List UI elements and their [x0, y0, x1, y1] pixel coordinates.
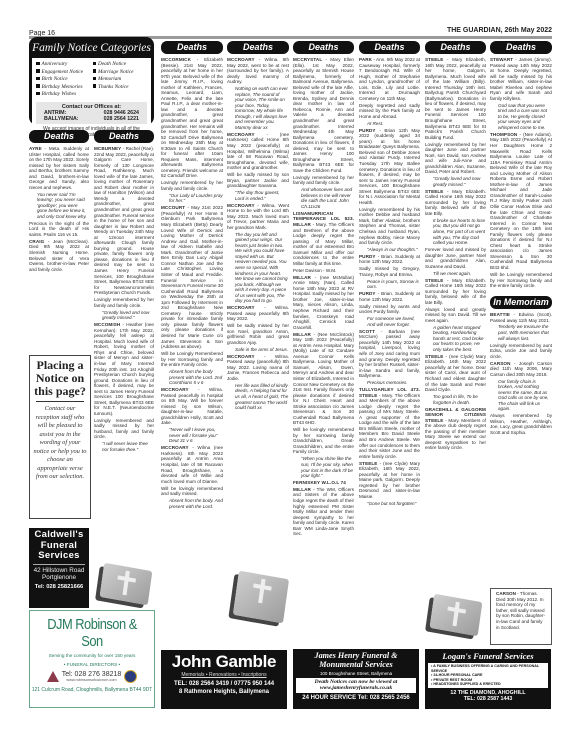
notice-entry: STEELE - Mary Elizabeth. Called Home 16t… — [425, 278, 486, 306]
ad-phone: Tel: 028 276 38218 — [62, 671, 122, 678]
notice-text: Sadly missed by aunts and uncles Purdy f… — [359, 304, 420, 315]
notice-verse: "Gone but not forgotten" — [359, 501, 420, 507]
carson-memoriam-box: CARSON - Thomas. Died 30th May 2012. In … — [490, 588, 552, 645]
notice-entry: Will be sadly missed by son Bryan, partn… — [227, 172, 289, 189]
notice-entry: Will be lovingly remembered and sadly mi… — [161, 486, 223, 497]
notice-entry: Sadly missed by aunts and uncles Purdy f… — [359, 304, 420, 315]
notice-entry: Will be lovingly remembered by her sorro… — [293, 427, 354, 455]
section-header: Deaths — [490, 41, 552, 54]
notice-entry: FERNISKEY W.L.O.L 74 — [293, 480, 354, 486]
logans-funeral-ad: Logan's Funeral Services • A FAMILY BUSI… — [425, 649, 551, 709]
notice-verse: For someone we loved, And will never for… — [359, 316, 420, 327]
notice-name: STEWART — [490, 57, 513, 62]
notice-text: Will be Lovingly Remembered by Her Sorro… — [161, 351, 223, 367]
ad-name: Caldwell's Funeral Services — [29, 530, 89, 562]
notice-text: - Elizabeth (Bessie). 21st May 2022, pea… — [161, 57, 223, 178]
notice-verse: "Always in our thoughts." — [359, 247, 420, 253]
notice-name: PARK — [359, 57, 372, 62]
notice-entry: MCCORMICK - Elizabeth (Bessie). 21st May… — [161, 57, 223, 179]
office-row: BALLYMENA:028 2564 1221 — [44, 116, 139, 122]
notice-entry: Lovingly remembered by his mother Debbie… — [359, 207, 420, 246]
notice-name: FERNISKEY W.L.O.L 74 — [293, 480, 346, 485]
notice-verse: Her life was filled of kindly deeds, A h… — [227, 383, 289, 411]
notice-text: - Mary Elizabeth, 16th May 2022, peacefu… — [425, 57, 486, 140]
notice-name: STEELE — [425, 354, 443, 359]
section-header: In Memoriam — [490, 296, 552, 309]
caldwell-funeral-ad: Caldwell's Funeral Services 42 Hillstown… — [29, 528, 89, 608]
notice-name: MCCROARY — [161, 445, 189, 450]
placing-headline: Placing a Notice on this page? — [32, 359, 88, 398]
notice-text: - Rachel (Rae). 22nd May 2022, peacefull… — [94, 146, 154, 295]
column-7: DeathsSTEELE - Mary Elizabeth, 16th May … — [425, 41, 486, 596]
notice-text: Will be Lovingly remembered by Her Sorro… — [490, 272, 552, 288]
notice-verse: Absent from the body present with the Lo… — [161, 369, 223, 386]
ad-tagline: Serving the community for over 150 years — [30, 653, 154, 658]
notice-entry: MCBURNEY - Rachel (Rae). 22nd May 2022, … — [94, 146, 154, 296]
notice-name: MCCROARY — [227, 305, 255, 310]
notice-entry: MCCROARY - Wilma (nee Harkness). 8th May… — [161, 445, 223, 484]
notice-entry: Peter Davison - W.M. — [293, 268, 354, 274]
notice-verse: Till we meet again. — [425, 271, 486, 277]
section-header: Deaths — [293, 41, 354, 54]
notice-entry: Always loved and greatly missed by son D… — [425, 307, 486, 324]
notice-text: - Mary. The Officers and Brethren of the… — [293, 222, 354, 266]
notice-text: - Ann. 9th May 2022 at Causeway Hospital… — [359, 57, 420, 101]
notice-text: - Mary Ellen (Ella). 1st May 2022, peace… — [293, 57, 354, 173]
notice-text: Lovingly remembered by her daughter June… — [425, 142, 486, 175]
ad-address: 8 Rathmore Heights, Ballymena — [161, 689, 287, 695]
notice-text: Always loved and greatly missed by son D… — [425, 307, 486, 323]
notice-name: MCCORMICK — [161, 57, 191, 62]
notice-name: MCCROARY — [227, 203, 255, 208]
notice-name: MILLAR — [293, 275, 311, 280]
notice-name: THOMPSON — [490, 132, 517, 137]
notice-entry: Deeply regretted and sadly missed by the… — [359, 103, 420, 120]
notice-name: MCCROARY — [227, 57, 255, 62]
notice-entry: MCCROARY - Wilma. 8th May 2022, went to … — [227, 57, 289, 85]
notice-text: - Thomas. Died 30th May 2012. In fond me… — [496, 591, 545, 630]
notice-entry: STEELE - Mary Elizabeth. Called Home 16t… — [425, 189, 486, 217]
ad-phone: 24 HOUR SERVICE Tel: 028 2565 2456 — [295, 695, 417, 701]
notice-text: Precious in the sight of the Lord is the… — [29, 221, 89, 237]
notice-name: MCCROARY — [227, 354, 255, 359]
notice-entry: MILLAR - (Nee McClintock) May 18th 2022 … — [293, 332, 354, 426]
notice-name: MCCROARY — [227, 132, 255, 137]
bible-icon — [432, 598, 480, 632]
notice-entry: MCCROARY - Wilma. Passed away peacefully… — [227, 305, 289, 322]
section-header: Deaths — [227, 41, 289, 54]
notice-text: Always remembered by Wilson, Heather, As… — [490, 413, 552, 435]
masonic-logo-icon — [47, 671, 59, 682]
notice-name: AYRE — [29, 146, 42, 151]
notice-verse: You never said 'I'm leaving', you never … — [29, 192, 89, 220]
notice-entry: Will be Lovingly Remembered by Her Sorro… — [161, 351, 223, 368]
notice-name: PURDY — [359, 254, 376, 259]
category-item: Thanks Notice — [93, 84, 148, 91]
ad-notice: Death Notices can now be viewed at www.j… — [296, 678, 416, 693]
notice-entry: Will be sadly missed by her son Noel, gr… — [227, 323, 289, 345]
notice-text: Will be lovingly remembered by her sorro… — [293, 427, 354, 454]
masthead-date: THE GUARDIAN, 26th May 2022 — [447, 27, 552, 34]
divider — [36, 401, 84, 402]
ad-service-item: • HEADSTONES SUPPLIED & ERECTED — [431, 682, 545, 687]
notice-entry: AYRE - Meta. Suddenly at Ulster Hospital… — [29, 146, 89, 190]
notice-entry: Lovingly remembered by aunt Edna, uncle … — [490, 343, 552, 360]
notice-verse: Safe in the arms of Jesus. — [227, 347, 289, 353]
notice-verse: "When you shine like the sun, I'll be yo… — [293, 456, 354, 478]
notice-name: MCCOURT — [161, 205, 185, 210]
notice-name: PURDY — [359, 128, 376, 133]
notice-verse: "The day thou gavest, Lord is ended." — [227, 190, 289, 201]
notice-text: - The WM, Officers and Sisters of the ab… — [293, 487, 354, 536]
notice-verse: "Our Lady of Lourdes pray for her." — [161, 193, 223, 204]
categories-list: Anniversary Death Notice Engagement Noti… — [36, 61, 147, 98]
category-item: Birthday Wishes — [36, 91, 91, 98]
column-8: DeathsSTEWART - James (Jimmy). Passed aw… — [490, 41, 552, 586]
notice-entry: MILLAR - The WM, Officers and Sisters of… — [293, 487, 354, 537]
notice-entry: MILLAR - (nee McMullan) Annie Mary (Nan)… — [293, 275, 354, 330]
notice-entry: MCCRYSTAL - Mary Ellen (Ella). 1st May 2… — [293, 57, 354, 173]
notice-verse: It broke our hearts to lose you, But you… — [425, 218, 486, 246]
ad-services-list: • A FAMILY BUSINESS OFFERING A CARING AN… — [428, 663, 548, 688]
notice-entry: Lovingly remembered by her daughter June… — [425, 142, 486, 175]
categories-title: Family Notice Categories — [32, 42, 151, 54]
notice-entry: STEELE - (nee Clyde) Mary Elizabeth, 16t… — [359, 461, 420, 500]
notice-name: CRAIG — [29, 239, 44, 244]
ad-address: 100 Broughshane Street, Ballymena — [295, 671, 417, 676]
notice-text: - (nee Harkness) called Home 8th May 202… — [227, 132, 289, 170]
notice-entry: CRAIG - Jean (McClean). Died 9th May 202… — [29, 239, 89, 272]
notice-name: MCCROARY — [161, 387, 189, 392]
ad-phone: TEL: 028 2564 3419 / 07775 950 144 — [161, 681, 287, 687]
notice-text: - (nee Clyde) Mary Elizabeth, 16th May 2… — [359, 461, 420, 499]
notice-entry: STEELE - (nee Clyde) Mary Elizabeth. 16t… — [425, 354, 486, 393]
notice-text: - Heather (nee Kernohan). 17th May 2022,… — [94, 322, 154, 416]
category-item: Engagement Notice — [36, 69, 91, 76]
notice-verse: The day you left and gained your wings. … — [227, 232, 289, 304]
notice-verse: "Greatly loved and now greatly missed." — [425, 176, 486, 187]
ad-address: 121 Culcrum Road, Cloughmills, Ballymena… — [30, 687, 154, 693]
james-henry-ad: James Henry Funeral & Monumental Service… — [293, 649, 419, 709]
notice-verse: Our family chain is broken, And nothing … — [490, 379, 552, 412]
notice-text: - Wilma. Passed peacefully in hospital o… — [161, 387, 223, 425]
ad-name: John Gamble — [161, 653, 287, 671]
notice-name: MILLAR — [293, 332, 311, 337]
notice-name: MCCRYSTAL — [293, 57, 322, 62]
notice-entry: PURDY - Brian 12th May 2022 (suddenly ag… — [359, 128, 420, 206]
notice-name: CARSON — [490, 361, 511, 366]
notice-text: - Jean (McClean). Died 9th May 2022 at S… — [29, 239, 89, 272]
notice-text: Will be sadly missed by son Bryan, partn… — [227, 172, 289, 188]
section-header: Deaths — [94, 130, 154, 143]
notice-name: MILLAR — [293, 487, 311, 492]
notice-name: BEATTIE — [490, 312, 510, 317]
notice-text: Lovingly remembered by his mother Debbie… — [359, 207, 420, 245]
column-4: DeathsMCCROARY - Wilma. 8th May 2022, we… — [227, 41, 289, 553]
notice-text: - Barbara (nee McClure) passed away peac… — [359, 329, 420, 378]
notice-entry: STEWART - James (Jimmy). Passed away 14t… — [490, 57, 552, 101]
notice-verse: Too good in life, To be forgotten in dea… — [425, 394, 486, 405]
notice-entry: MCCROARY - (nee Harkness) called Home 8t… — [227, 132, 289, 171]
notice-entry: Lovingly remembered by her family and fa… — [94, 297, 154, 308]
notice-text: - (Nee Adams). May 15th 2022 (Peacefully… — [490, 132, 552, 270]
notice-name: SCOTT — [359, 329, 375, 334]
notice-text: Forever loved and missed by daughter Jun… — [425, 247, 486, 269]
notice-text: - Mary. Members of the above club deeply… — [425, 418, 486, 451]
notice-text: - (nee Clyde) Mary Elizabeth. 16th May 2… — [425, 354, 486, 392]
notice-verse: Nothing on earth can ever replace, The s… — [227, 86, 289, 130]
notice-entry: MCCOURT - May 21st 2022 (Peacefully) At … — [161, 205, 223, 349]
notice-entry: SCOTT - Barbara (nee McClure) passed awa… — [359, 329, 420, 379]
notice-text: - (nee McMullan) Annie Mary (Nan). Calle… — [293, 275, 354, 330]
notice-entry: GRACEHILL & GALGORM SENIOR CITIZENS STEE… — [425, 407, 486, 451]
notice-entry: Lovingly remembered by her family and fa… — [293, 175, 354, 186]
placing-body: Contact our reception staff who will be … — [32, 405, 88, 482]
notice-text: - (Nee McClintock) May 18th 2022 (Peacef… — [293, 332, 354, 426]
notice-text: Lovingly remembered by her family and fa… — [161, 180, 223, 191]
notice-verse: And whosoever lives and believes in me w… — [293, 187, 354, 209]
notice-verse: "Greatly loved and now greatly missed." — [94, 310, 154, 321]
notice-text: Sadly missed by Gregory, Tracey, Robyn a… — [359, 266, 420, 277]
notice-verse: "I will never leave thee nor forsake the… — [94, 441, 154, 452]
notice-text: - Meta. Suddenly at Ulster Hospital, cal… — [29, 146, 89, 190]
notice-verse: Peace is yours, Sorrow is ours. — [359, 279, 420, 290]
category-item: Birthday Memories — [36, 84, 91, 91]
notice-entry: Forever loved and missed by daughter Jun… — [425, 247, 486, 269]
notice-verse: Absent from the body. And present with t… — [161, 498, 223, 509]
notice-entry: LISNAMURRICAN TEMPERANCE LOL 523. MILLAR… — [293, 211, 354, 266]
office-phone: 028 2564 1221 — [104, 116, 139, 122]
column-1: DeathsAYRE - Meta. Suddenly at Ulster Ho… — [29, 130, 89, 352]
notice-entry: Always remembered by Wilson, Heather, As… — [490, 413, 552, 435]
section-header: Deaths — [29, 130, 89, 143]
notice-verse: "Never will I leave you, never will I fo… — [161, 427, 223, 444]
contact-offices: Contact our Offices at: ANTRIM:028 9446 … — [36, 102, 147, 124]
office-name: BALLYMENA: — [44, 116, 79, 122]
notice-entry: CARSON - Joseph Carson died 11th May 200… — [490, 361, 552, 378]
notice-entry: PARK - Ann. 9th May 2022 at Causeway Hos… — [359, 57, 420, 101]
notice-entry: Will be Lovingly remembered by Her Sorro… — [490, 272, 552, 289]
category-item: Marriage Notice — [93, 69, 148, 76]
ad-phone: TEL: 028 2587 1443 — [427, 696, 549, 702]
notice-verse: Tenderly we treasure the past, With memo… — [490, 324, 552, 341]
notice-entry: MCCROARY - Wilma. Went Home to be with t… — [227, 203, 289, 231]
notice-text: Peter Davison - W.M. — [293, 268, 336, 273]
notice-verse: A golden heart stopped beating, Hardwork… — [425, 325, 486, 353]
notice-text: Lovingly remembered by her family and fa… — [94, 297, 154, 308]
notice-entry: Lovingly remembered and sadly missed by … — [94, 418, 154, 440]
notice-entry: Lovingly remembered by her family and fa… — [161, 180, 223, 191]
notice-verse: Precious memories. — [359, 380, 420, 386]
ad-name: DJM Robinson & Son — [39, 616, 146, 650]
bible-icon — [102, 567, 150, 601]
notice-entry: STEELE - Mary Elizabeth, 16th May 2022, … — [425, 57, 486, 140]
notice-verse: At Rest. — [359, 121, 420, 127]
notice-name: MCBURNEY — [94, 146, 121, 151]
notice-text: Will be sadly missed by her son Noel, gr… — [227, 323, 289, 345]
notice-text: Lovingly remembered by aunt Edna, uncle … — [490, 343, 552, 359]
notice-entry: Sadly missed by Gregory, Tracey, Robyn a… — [359, 266, 420, 277]
ad-name: James Henry Funeral & Monumental Service… — [295, 651, 417, 669]
notice-text: Will be lovingly remembered and sadly mi… — [161, 486, 223, 497]
ad-name: Logan's Funeral Services — [427, 651, 549, 661]
section-header: Deaths — [161, 41, 223, 54]
category-item: Birth Notice — [36, 76, 91, 83]
section-header: Deaths — [425, 41, 486, 54]
notice-name: MCCOMISH — [94, 322, 120, 327]
notice-text: - James (Jimmy). Passed away 14th May 20… — [490, 57, 552, 101]
section-header: Deaths — [359, 41, 420, 54]
notice-text: Lovingly remembered and sadly missed by … — [94, 418, 154, 440]
ad-address: 42 Hillstown Road Portglenone — [29, 567, 89, 583]
john-gamble-ad: John Gamble Memorials • Renovations • In… — [161, 650, 287, 709]
notice-text: - Wilma (nee Harkness). 8th May 2022 pea… — [161, 445, 223, 483]
notice-entry: PURDY - Brian. Suddenly at home 12th May… — [359, 291, 420, 302]
notice-entry: BEATTIE - Edwina (Scott). Passed away 11… — [490, 312, 552, 323]
notice-text: Deeply regretted and sadly missed by the… — [359, 103, 420, 119]
notice-entry: PURDY - Brian. Suddenly at home 12th May… — [359, 254, 420, 265]
ad-website: www.robinsonsofculcrum.com — [62, 678, 122, 682]
notice-verse: God saw that you were tired and a cure w… — [490, 103, 552, 131]
column-3: DeathsMCCORMICK - Elizabeth (Bessie). 21… — [161, 41, 223, 553]
category-item: Anniversary — [36, 61, 91, 68]
placing-notice-box: Placing a Notice on this page? Contact o… — [29, 355, 91, 519]
bible-icon — [236, 575, 286, 619]
notice-name: CARSON — [496, 591, 516, 596]
notice-text: - Mary. The Officers and Members of the … — [359, 393, 420, 459]
notice-entry: Precious in the sight of the Lord is the… — [29, 221, 89, 238]
notice-text: - May 21st 2022 (Peacefully) At Her Home… — [161, 205, 223, 349]
ad-role: • FUNERAL DIRECTORS • — [30, 662, 154, 667]
notice-text: Lovingly remembered by her family and fa… — [293, 175, 354, 186]
notice-entry: MCCOMISH - Heather (nee Kernohan). 17th … — [94, 322, 154, 416]
family-notice-categories-panel: Family Notice Categories Anniversary Dea… — [29, 37, 154, 125]
notice-name: STEELE — [425, 278, 443, 283]
column-6: DeathsPARK - Ann. 9th May 2022 at Causew… — [359, 41, 420, 644]
ad-services: Memorials • Renovations • Inscriptions — [161, 672, 287, 678]
category-item: Death Notice — [93, 61, 148, 68]
association-badge-icon — [124, 670, 137, 683]
notice-entry: TULLYGARLEY LOL 473. STEELE - Mary. The … — [359, 387, 420, 459]
ad-service-item: • A FAMILY BUSINESS OFFERING A CARING AN… — [431, 664, 545, 673]
notice-name: STEELE — [425, 189, 443, 194]
notice-name: PURDY — [359, 291, 376, 296]
category-item: Memoriam — [93, 76, 148, 83]
column-2: DeathsMCBURNEY - Rachel (Rae). 22nd May … — [94, 130, 154, 540]
notice-text: - Brian 12th May 2022 (suddenly aged 34 … — [359, 128, 420, 205]
notice-name: STEELE — [425, 57, 443, 62]
column-5: DeathsMCCRYSTAL - Mary Ellen (Ella). 1st… — [293, 41, 354, 644]
notice-entry: MCCROARY - Wilma. Passed peacefully in h… — [161, 387, 223, 426]
ad-phone: Tel: 028 25821666 — [29, 584, 89, 590]
divider — [33, 564, 85, 565]
notice-name: STEELE — [359, 461, 377, 466]
notice-entry: THOMPSON - (Nee Adams). May 15th 2022 (P… — [490, 132, 552, 271]
djm-robinson-ad: DJM Robinson & Son Serving the community… — [29, 610, 155, 708]
notice-entry: MCCROARY - Wilma. Passed away (peacefull… — [227, 354, 289, 382]
